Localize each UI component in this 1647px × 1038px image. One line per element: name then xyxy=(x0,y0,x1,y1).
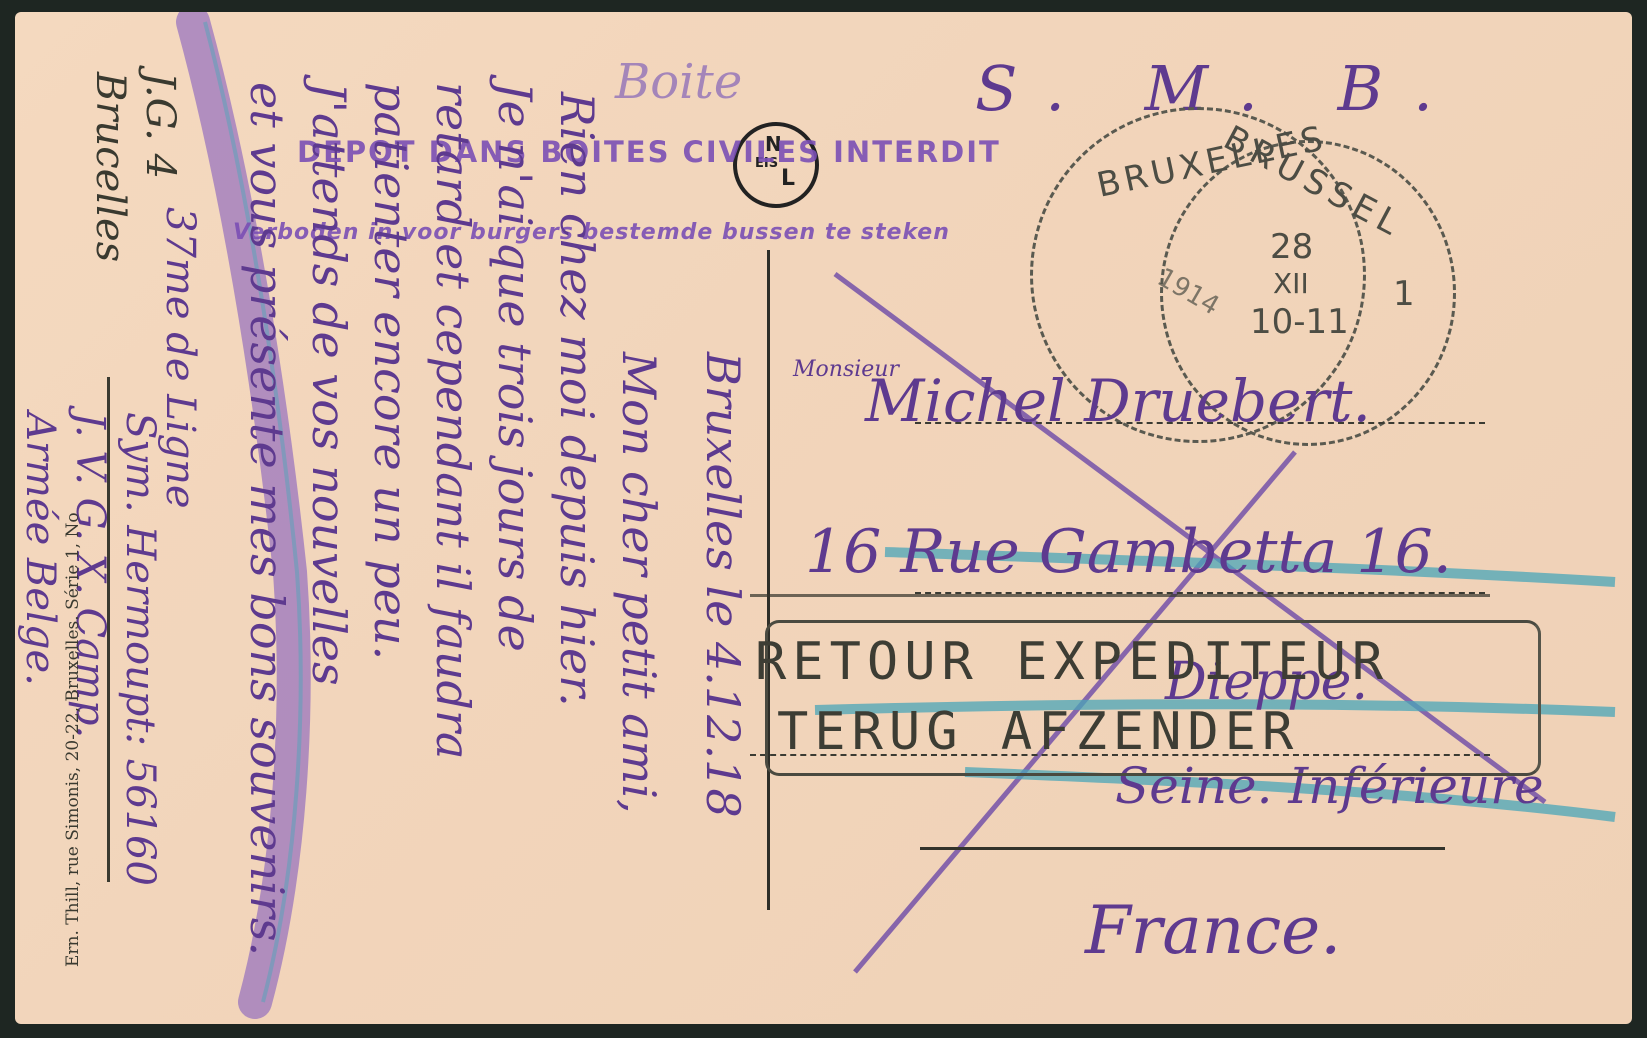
postmark-day: 28 xyxy=(1270,227,1313,267)
message-line: Je n'ai que trois jours de xyxy=(484,82,546,956)
address-street: 16 Rue Gambetta 16. xyxy=(805,517,1452,587)
return-stamp-line1: RETOUR EXPEDITEUR xyxy=(755,632,1389,692)
message-line: Rien chez moi depuis hier. xyxy=(546,82,608,956)
vertical-divider xyxy=(767,250,770,910)
message-line: retard et cependant il faudra xyxy=(422,82,484,956)
return-stamp-line2: TERUG AFZENDER xyxy=(777,702,1299,762)
address-line-2-solid xyxy=(750,594,1490,597)
sender-line: Sym. Hermoupt: 56160 xyxy=(115,412,165,886)
postmark-time: 10-11 xyxy=(1250,302,1349,342)
address-name: Michel Druebert. xyxy=(775,367,1371,435)
postmark-office: 1 xyxy=(1393,274,1415,314)
address-country: France. xyxy=(1085,892,1341,969)
postcard-back: N EIS L DEPOT DANS BOITES CIVILES INTERD… xyxy=(15,12,1632,1024)
publisher-imprint: Ern. Thill, rue Simonis, 20-22, Bruxelle… xyxy=(63,512,83,967)
sender-line: Armée Belge. xyxy=(15,412,65,886)
logo-letter-l: L xyxy=(781,166,795,191)
message-block: Mon cher petit ami, Rien chez moi depuis… xyxy=(236,82,670,956)
message-line: Mon cher petit ami, xyxy=(608,82,670,956)
address-line-4 xyxy=(920,847,1445,850)
message-line: J'attends de vos nouvelles xyxy=(298,82,360,956)
date-line: Bruxelles le 4.12.18 xyxy=(696,352,750,818)
sender-underline xyxy=(107,377,110,882)
sender-block-3: Sym. Hermoupt: 56160 J. V. G. X. Camp. A… xyxy=(15,412,165,886)
postmark-month: XII xyxy=(1273,267,1309,300)
sender-line: Brucelles xyxy=(85,72,135,262)
message-line: et vous présente mes bons souvenirs. xyxy=(236,82,298,956)
message-line: patienter encore un peu. xyxy=(360,82,422,956)
